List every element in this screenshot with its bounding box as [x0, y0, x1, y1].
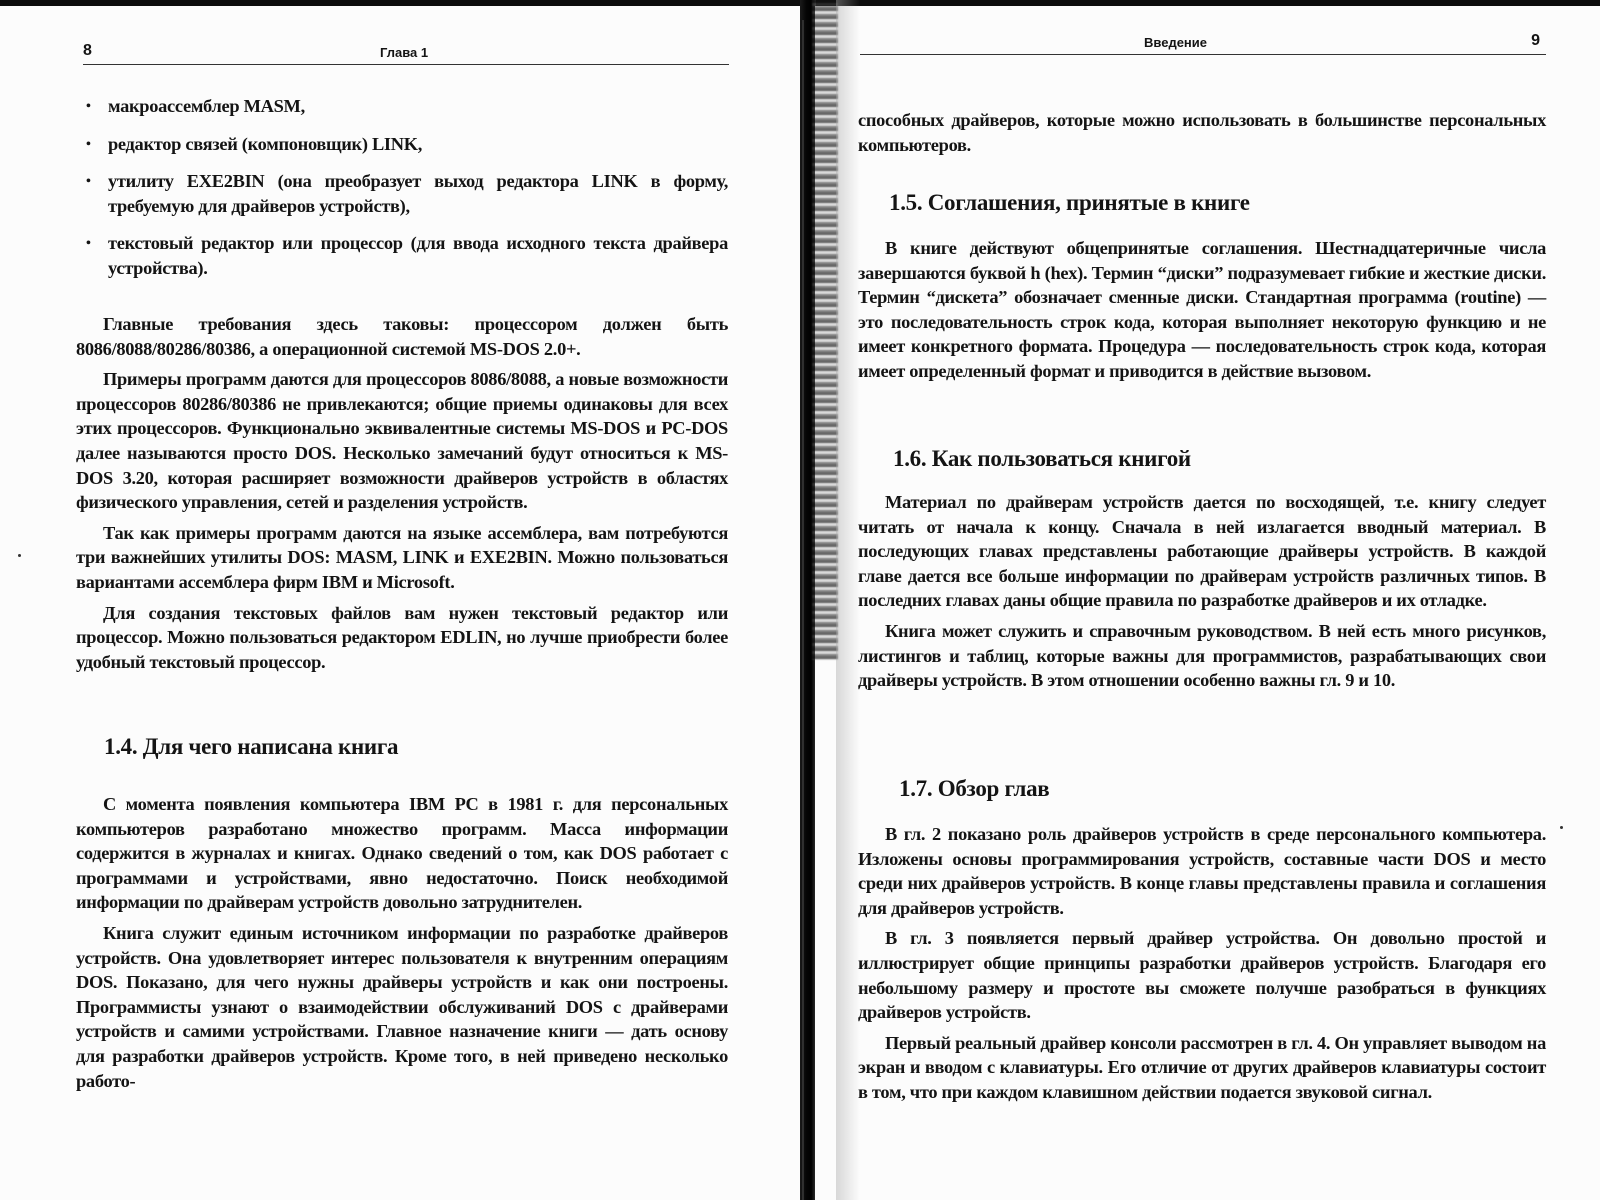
left-bullet-list-block: •макроассемблер MASM, •редактор связей (… — [76, 94, 728, 294]
left-running-head: 8 Глава 1 — [83, 42, 729, 65]
paragraph: Для создания текстовых файлов вам нужен … — [76, 601, 728, 675]
paragraph: способных драйверов, которые можно испол… — [858, 108, 1546, 157]
page-edge-line — [802, 20, 804, 1200]
section-1-4-body: С момента появления компьютера IBM PC в … — [76, 792, 728, 1099]
bullet-icon: • — [86, 232, 91, 257]
section-heading-1-7: 1.7. Обзор глав — [899, 776, 1049, 802]
paragraph: В гл. 3 появляется первый драйвер устрой… — [858, 926, 1546, 1024]
list-item: •редактор связей (компоновщик) LINK, — [76, 132, 728, 157]
section-heading-1-4: 1.4. Для чего написана книга — [104, 734, 398, 760]
scan-speck — [18, 554, 21, 557]
paragraph: Примеры программ даются для процессоров … — [76, 367, 728, 515]
right-running-head: Введение 9 — [860, 50, 1546, 55]
left-page: 8 Глава 1 •макроассемблер MASM, •редакто… — [0, 6, 800, 1200]
left-running-title: Глава 1 — [380, 45, 428, 60]
list-item: •макроассемблер MASM, — [76, 94, 728, 119]
paragraph: Книга может служить и справочным руковод… — [858, 619, 1546, 693]
paragraph: Книга служит единым источником информаци… — [76, 921, 728, 1093]
right-page: Введение 9 способных драйверов, которые … — [815, 6, 1600, 1200]
left-intro-paragraphs: Главные требования здесь таковы: процесс… — [76, 312, 728, 680]
paragraph: В книге действуют общепринятые соглашени… — [858, 236, 1546, 384]
bullet-icon: • — [86, 95, 91, 120]
right-running-title: Введение — [1144, 35, 1207, 50]
gutter-shadow — [836, 0, 860, 1200]
section-heading-1-5: 1.5. Соглашения, принятые в книге — [889, 190, 1250, 216]
paragraph: С момента появления компьютера IBM PC в … — [76, 792, 728, 915]
bullet-icon: • — [86, 170, 91, 195]
list-item: •текстовый редактор или процессор (для в… — [76, 231, 728, 280]
section-1-6-body: Материал по драйверам устройств дается п… — [858, 490, 1546, 699]
paragraph: Материал по драйверам устройств дается п… — [858, 490, 1546, 613]
scan-speck — [1560, 826, 1563, 829]
paragraph: Первый реальный драйвер консоли рассмотр… — [858, 1031, 1546, 1105]
right-page-number: 9 — [1531, 32, 1540, 50]
section-1-7-body: В гл. 2 показано роль драйверов устройст… — [858, 822, 1546, 1111]
spine-scan-noise — [812, 0, 838, 660]
left-page-number: 8 — [83, 42, 92, 60]
paragraph: Главные требования здесь таковы: процесс… — [76, 312, 728, 361]
list-item: •утилиту EXE2BIN (она преобразует выход … — [76, 169, 728, 218]
bullet-icon: • — [86, 133, 91, 158]
paragraph: В гл. 2 показано роль драйверов устройст… — [858, 822, 1546, 920]
section-1-5-body: В книге действуют общепринятые соглашени… — [858, 236, 1546, 390]
section-heading-1-6: 1.6. Как пользоваться книгой — [893, 446, 1191, 472]
continuation-paragraph: способных драйверов, которые можно испол… — [858, 108, 1546, 163]
requirements-list: •макроассемблер MASM, •редактор связей (… — [76, 94, 728, 281]
paragraph: Так как примеры программ даются на языке… — [76, 521, 728, 595]
